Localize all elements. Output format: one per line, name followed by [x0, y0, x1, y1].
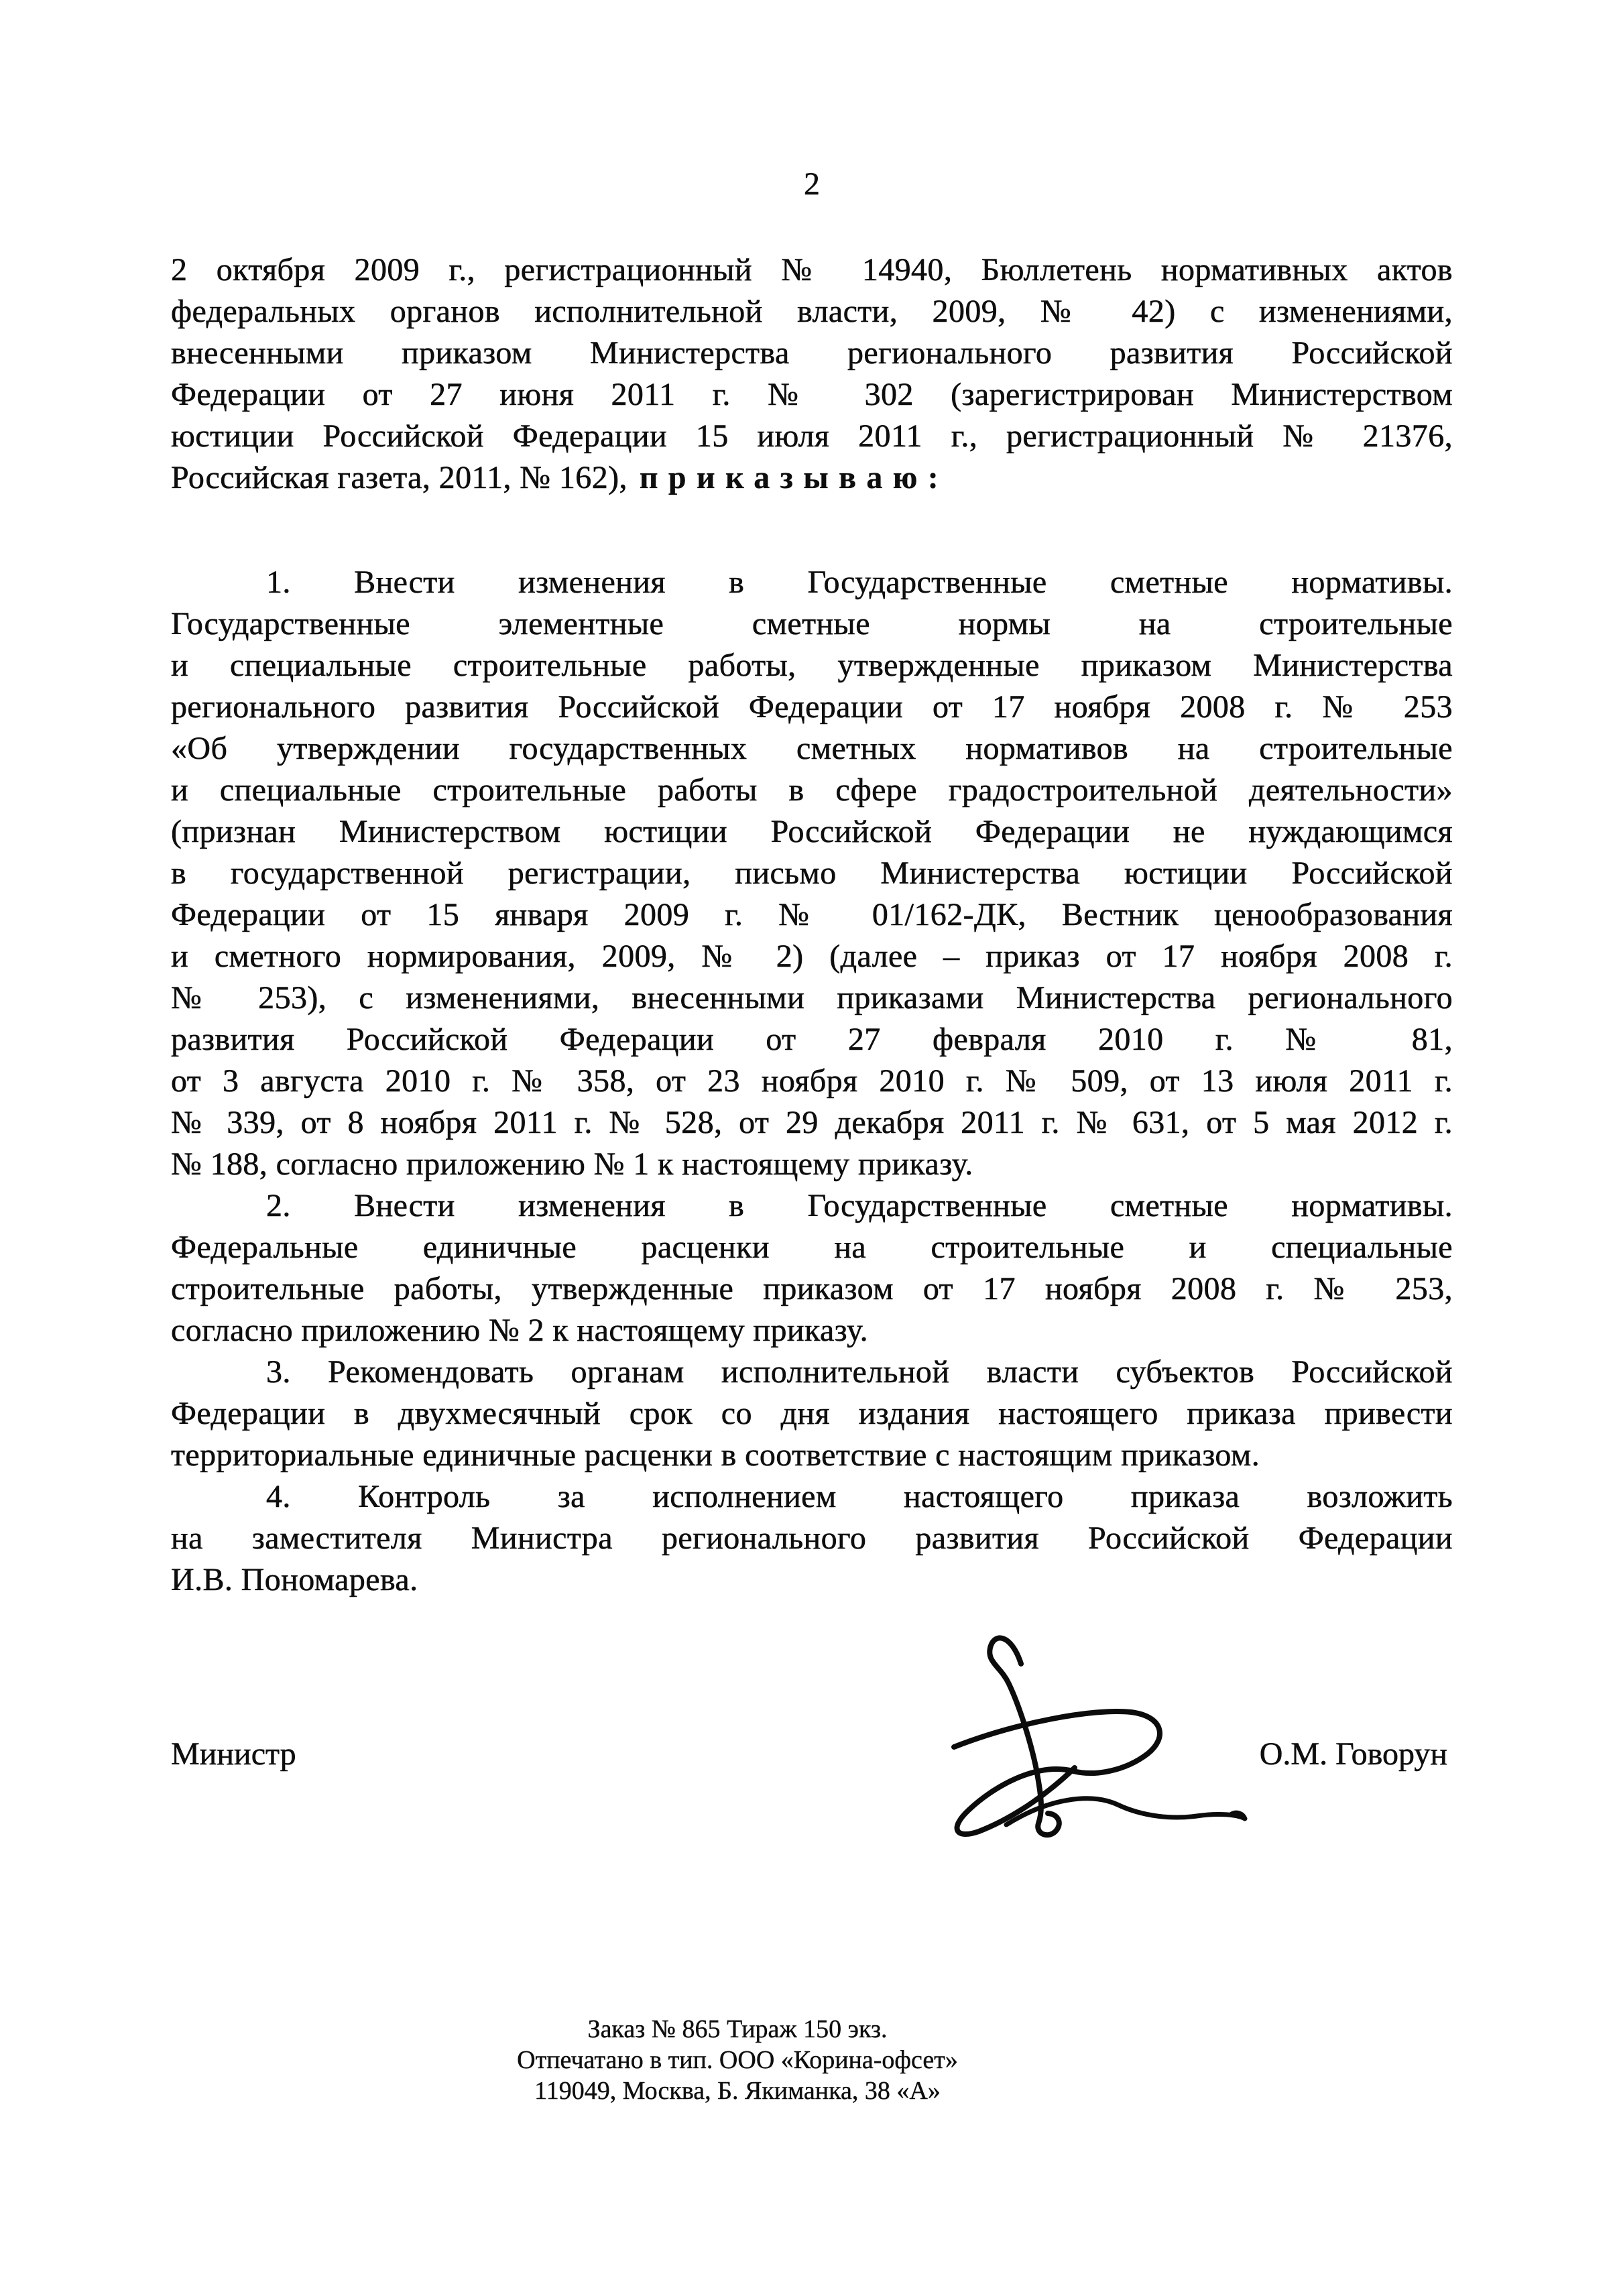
- text-line: Отпечатано в тип. ООО «Корина-офсет»: [402, 2045, 1073, 2075]
- text-line: Федерации от 27 июня 2011 г. № 302 (заре…: [171, 374, 1453, 416]
- text-line: Федеральные единичные расценки на строит…: [171, 1227, 1453, 1268]
- intro-paragraph: 2 октября 2009 г., регистрационный № 149…: [171, 249, 1453, 499]
- intro-justified-lines: 2 октября 2009 г., регистрационный № 149…: [171, 249, 1453, 457]
- intro-last-line: Российская газета, 2011, № 162),приказыв…: [171, 457, 1453, 499]
- text-line: и специальные строительные работы, утвер…: [171, 645, 1453, 686]
- order-item-2: 2. Внести изменения в Государственные см…: [171, 1185, 1453, 1351]
- text-line: 3. Рекомендовать органам исполнительной …: [171, 1351, 1453, 1393]
- order-item-3: 3. Рекомендовать органам исполнительной …: [171, 1351, 1453, 1476]
- text-line: регионального развития Российской Федера…: [171, 686, 1453, 728]
- minister-label: Министр: [171, 1736, 296, 1772]
- text-line: 1. Внести изменения в Государственные см…: [171, 562, 1453, 603]
- text-line: на заместителя Министра регионального ра…: [171, 1518, 1453, 1559]
- print-footer: Заказ № 865 Тираж 150 экз.Отпечатано в т…: [402, 2014, 1073, 2106]
- signature-name: О.М. Говорун: [1260, 1734, 1447, 1775]
- order-item-1: 1. Внести изменения в Государственные см…: [171, 562, 1453, 1185]
- text-line: № 188, согласно приложению № 1 к настоящ…: [171, 1144, 1453, 1185]
- text-line: и сметного нормирования, 2009, № 2) (дал…: [171, 936, 1453, 977]
- text-line: 2 октября 2009 г., регистрационный № 149…: [171, 249, 1453, 291]
- text-line: строительные работы, утвержденные приказ…: [171, 1268, 1453, 1310]
- text-line: развития Российской Федерации от 27 февр…: [171, 1019, 1453, 1061]
- handwritten-signature: [942, 1622, 1250, 1844]
- text-line: согласно приложению № 2 к настоящему при…: [171, 1310, 1453, 1351]
- document-page: { "page": { "number": "2", "paper_color"…: [0, 0, 1615, 2296]
- text-line: 4. Контроль за исполнением настоящего пр…: [171, 1476, 1453, 1518]
- page-number: 2: [171, 164, 1453, 205]
- text-line: И.В. Пономарева.: [171, 1559, 1453, 1601]
- text-line: 2. Внести изменения в Государственные см…: [171, 1185, 1453, 1227]
- order-item-4: 4. Контроль за исполнением настоящего пр…: [171, 1476, 1453, 1601]
- text-line: и специальные строительные работы в сфер…: [171, 770, 1453, 811]
- text-line: № 339, от 8 ноября 2011 г. № 528, от 29 …: [171, 1102, 1453, 1144]
- text-line: в государственной регистрации, письмо Ми…: [171, 853, 1453, 894]
- text-line: Федерации от 15 января 2009 г. № 01/162-…: [171, 894, 1453, 936]
- text-line: от 3 августа 2010 г. № 358, от 23 ноября…: [171, 1061, 1453, 1102]
- intro-last-line-text: Российская газета, 2011, № 162),: [171, 460, 627, 495]
- text-line: (признан Министерством юстиции Российско…: [171, 811, 1453, 853]
- order-items: 1. Внести изменения в Государственные см…: [171, 562, 1453, 1601]
- text-line: внесенными приказом Министерства региона…: [171, 333, 1453, 374]
- text-line: Государственные элементные сметные нормы…: [171, 603, 1453, 645]
- signature-row: Министр О.М. Говорун: [171, 1734, 1453, 1775]
- text-line: Заказ № 865 Тираж 150 экз.: [402, 2014, 1073, 2045]
- text-line: юстиции Российской Федерации 15 июля 201…: [171, 416, 1453, 457]
- text-line: № 253), с изменениями, внесенными приказ…: [171, 977, 1453, 1019]
- text-line: Федерации в двухмесячный срок со дня изд…: [171, 1393, 1453, 1435]
- prikazyvayu-bold-text: приказываю:: [640, 460, 949, 495]
- text-line: 119049, Москва, Б. Якиманка, 38 «А»: [402, 2075, 1073, 2106]
- text-line: территориальные единичные расценки в соо…: [171, 1435, 1453, 1476]
- text-line: федеральных органов исполнительной власт…: [171, 291, 1453, 333]
- text-line: «Об утверждении государственных сметных …: [171, 728, 1453, 770]
